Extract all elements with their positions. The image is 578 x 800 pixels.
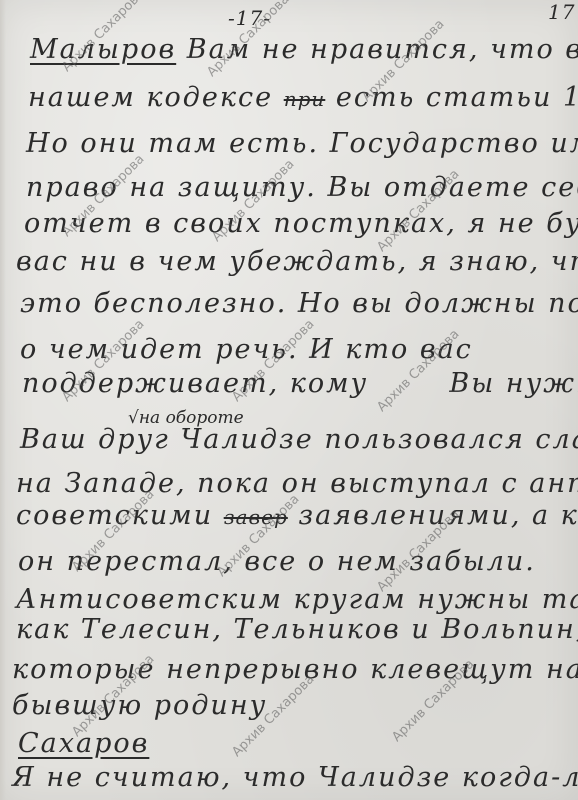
struck-word: при bbox=[284, 87, 326, 111]
line-3: Но они там есть. Государство имеет bbox=[26, 128, 578, 159]
line-1: Малыров Вам не нравится, что в bbox=[30, 34, 578, 65]
line-text: поддерживает, кому bbox=[22, 368, 368, 399]
line-text: Вам не нравится, что в bbox=[187, 34, 578, 65]
line-11: на Западе, пока он выступал с анти- bbox=[16, 468, 578, 499]
line-16: которые непрерывно клевещут на свою bbox=[12, 654, 578, 685]
speaker-name: Сахаров bbox=[18, 728, 149, 759]
line-12: советскими завер заявлениями, а когда bbox=[16, 500, 578, 531]
line-15: как Телесин, Тельников и Вольпин, bbox=[16, 614, 578, 645]
line-text: заявлениями, а когда bbox=[298, 500, 578, 531]
line-2: нашем кодексе при есть статьи 190-1 и 70… bbox=[28, 82, 578, 113]
line-7: это бесполезно. Но вы должны понимать, bbox=[20, 288, 578, 319]
line-text: есть статьи 190-1 и 70. bbox=[336, 82, 578, 113]
line-19: Я не считаю, что Чалидзе когда-либо bbox=[12, 762, 578, 793]
line-5: отчет в своих поступках, я не буду bbox=[24, 208, 578, 239]
line-17: бывшую родину bbox=[12, 690, 267, 721]
line-10: Ваш друг Чалидзе пользовался славой bbox=[20, 424, 578, 455]
paper-edge-shadow bbox=[0, 0, 6, 800]
line-text: советскими bbox=[16, 500, 213, 531]
page-number-corner: 17 bbox=[548, 0, 575, 24]
page-number-center: -17- bbox=[228, 6, 271, 30]
speaker-name: Малыров bbox=[30, 34, 176, 65]
line-4: право на защиту. Вы отдаете себе bbox=[26, 172, 578, 203]
line-9: поддерживает, кому Вы нужны..? bbox=[22, 368, 578, 399]
line-text: нашем кодексе bbox=[28, 82, 273, 113]
line-13: он перестал, все о нем забыли. bbox=[18, 546, 536, 577]
line-14: Антисоветским кругам нужны такие, bbox=[16, 584, 578, 615]
line-text: Вы нужны..? bbox=[449, 368, 578, 399]
struck-word: завер bbox=[224, 505, 288, 529]
line-8: о чем идет речь. И кто вас bbox=[20, 334, 473, 365]
line-6: вас ни в чем убеждать, я знаю, что bbox=[16, 246, 578, 277]
manuscript-page: -17- 17 Малыров Вам не нравится, что в н… bbox=[0, 0, 578, 800]
